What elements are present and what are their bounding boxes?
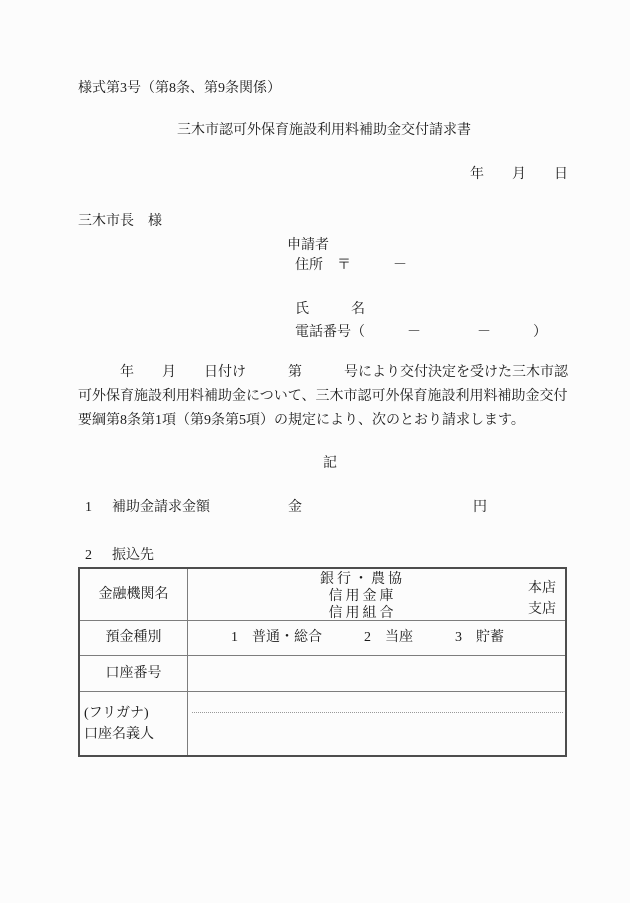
institution-type-bank: 銀行・農協 <box>188 571 537 588</box>
account-number-value-cell <box>188 656 565 691</box>
table-row-deposit-type: 預金種別 1 普通・総合 2 当座 3 貯蓄 <box>80 620 565 655</box>
deposit-type-header: 預金種別 <box>106 631 162 645</box>
document-title: 三木市認可外保育施設利用料補助金交付請求書 <box>177 124 471 138</box>
table-row-financial-institution: 金融機関名 銀行・農協 信用金庫 信用組合 本店 支店 <box>80 569 565 620</box>
applicant-label: 申請者 <box>287 239 329 253</box>
applicant-phone-line: 電話番号（ － － ） <box>295 326 547 340</box>
financial-institution-header: 金融機関名 <box>99 588 169 602</box>
bank-transfer-table: 金融機関名 銀行・農協 信用金庫 信用組合 本店 支店 預金種別 1 普通・総合… <box>78 567 567 757</box>
deposit-type-options: 1 普通・総合 2 当座 3 貯蓄 <box>231 621 504 655</box>
branch-head-office: 本店 <box>528 578 556 599</box>
body-line-1: 年 月 日付け 第 号により交付決定を受けた三木市認 <box>78 366 568 380</box>
applicant-address-line: 住所 〒 － <box>295 259 407 273</box>
institution-type-kumiai: 信用組合 <box>188 605 537 622</box>
applicant-name-line: 氏 名 <box>295 303 365 317</box>
deposit-type-value-cell: 1 普通・総合 2 当座 3 貯蓄 <box>188 621 565 655</box>
furigana-label: (フリガナ) <box>84 703 149 724</box>
note-marker: 記 <box>323 457 337 471</box>
financial-institution-header-cell: 金融機関名 <box>80 569 188 620</box>
item-1-label: 補助金請求金額 <box>112 501 210 515</box>
institution-type-options: 銀行・農協 信用金庫 信用組合 <box>188 571 537 622</box>
deposit-type-header-cell: 預金種別 <box>80 621 188 655</box>
account-number-header: 口座番号 <box>106 667 162 681</box>
amount-prefix: 金 <box>288 501 302 515</box>
table-row-account-number: 口座番号 <box>80 655 565 691</box>
account-number-header-cell: 口座番号 <box>80 656 188 691</box>
branch-options: 本店 支店 <box>528 578 556 620</box>
institution-type-shinkin: 信用金庫 <box>188 588 537 605</box>
item-2-label: 振込先 <box>112 549 154 563</box>
form-number: 様式第3号（第8条、第9条関係） <box>78 82 281 96</box>
addressee: 三木市長 様 <box>78 215 162 229</box>
branch-branch-office: 支店 <box>528 599 556 620</box>
account-holder-label: 口座名義人 <box>84 724 154 745</box>
form-page: 様式第3号（第8条、第9条関係） 三木市認可外保育施設利用料補助金交付請求書 年… <box>0 0 630 903</box>
item-2-number: 2 <box>85 549 92 563</box>
body-line-2: 可外保育施設利用料補助金について、三木市認可外保育施設利用料補助金交付 <box>78 390 567 404</box>
furigana-divider-line <box>192 712 563 713</box>
account-holder-header-cell: (フリガナ) 口座名義人 <box>80 692 188 755</box>
table-row-account-holder: (フリガナ) 口座名義人 <box>80 691 565 755</box>
date-line: 年 月 日 <box>470 168 568 182</box>
account-holder-value-cell <box>188 692 565 755</box>
item-1-number: 1 <box>85 501 92 515</box>
amount-suffix: 円 <box>473 501 487 515</box>
body-line-3: 要綱第8条第1項（第9条第5項）の規定により、次のとおり請求します。 <box>78 414 525 428</box>
financial-institution-value-cell: 銀行・農協 信用金庫 信用組合 本店 支店 <box>188 569 565 620</box>
